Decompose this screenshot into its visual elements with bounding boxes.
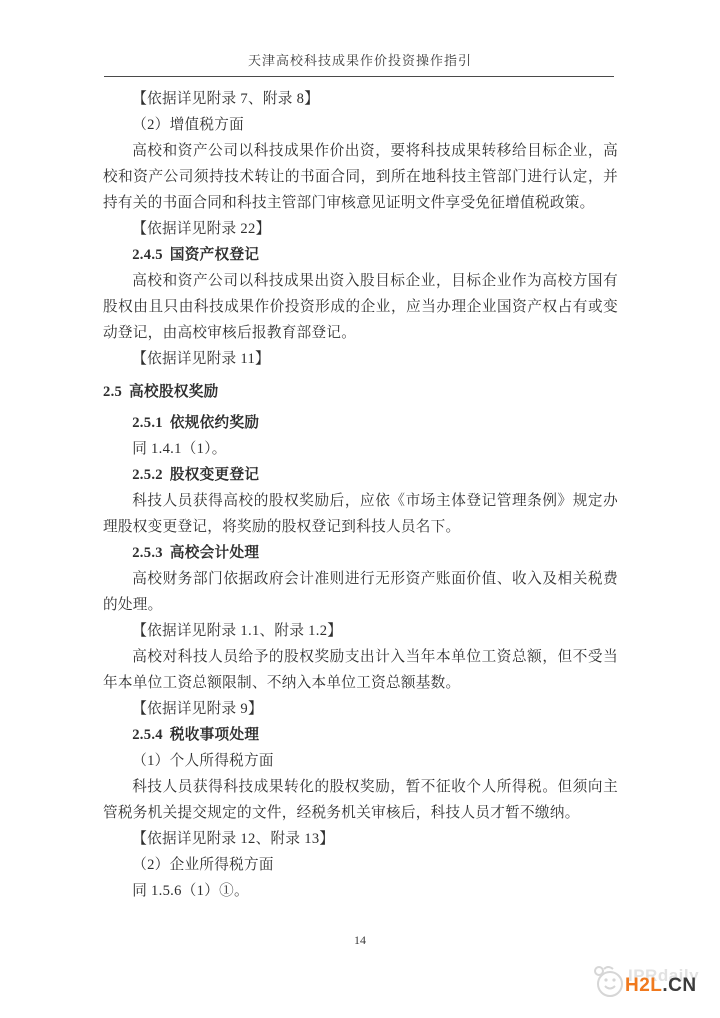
heading-label: 国资产权登记 [170, 247, 259, 263]
paragraph: 科技人员获得科技成果转化的股权奖励，暂不征收个人所得税。但须向主管税务机关提交规… [103, 774, 618, 826]
watermark-logo: IPRdaily H2L.CN [592, 958, 718, 1004]
chapter-heading: 2.5高校股权奖励 [103, 379, 618, 405]
reference-line: 【依据详见附录 1.1、附录 1.2】 [103, 618, 618, 644]
reference-line: 【依据详见附录 11】 [103, 346, 618, 372]
paragraph: 高校财务部门依据政府会计准则进行无形资产账面价值、收入及相关税费的处理。 [103, 566, 618, 618]
paragraph: 高校对科技人员给予的股权奖励支出计入当年本单位工资总额，但不受当年本单位工资总额… [103, 644, 618, 696]
section-heading: 2.5.2股权变更登记 [103, 462, 618, 488]
heading-label: 股权变更登记 [170, 467, 259, 483]
reference-line: 【依据详见附录 7、附录 8】 [103, 86, 618, 112]
reference-line: 【依据详见附录 12、附录 13】 [103, 826, 618, 852]
section-heading: 2.4.5国资产权登记 [103, 242, 618, 268]
header-rule [104, 76, 614, 77]
page-number: 14 [0, 933, 720, 948]
section-heading: 2.5.1依规依约奖励 [103, 410, 618, 436]
paragraph: 科技人员获得高校的股权奖励后，应依《市场主体登记管理条例》规定办理股权变更登记，… [103, 488, 618, 540]
heading-label: 依规依约奖励 [170, 415, 259, 431]
heading-number: 2.5.4 [132, 727, 163, 743]
heading-label: 税收事项处理 [170, 727, 259, 743]
reference-line: 【依据详见附录 22】 [103, 216, 618, 242]
document-page: 天津高校科技成果作价投资操作指引 【依据详见附录 7、附录 8】 （2）增值税方… [0, 0, 720, 1018]
heading-number: 2.5 [103, 384, 122, 400]
document-body: 【依据详见附录 7、附录 8】 （2）增值税方面 高校和资产公司以科技成果作价出… [103, 86, 618, 904]
sub-item-heading: （2）增值税方面 [103, 112, 618, 138]
sub-item-heading: （1）个人所得税方面 [103, 748, 618, 774]
sub-item-heading: （2）企业所得税方面 [103, 852, 618, 878]
section-heading: 2.5.4税收事项处理 [103, 722, 618, 748]
heading-number: 2.5.2 [132, 467, 163, 483]
heading-number: 2.5.1 [132, 415, 163, 431]
smiley-face-icon [592, 962, 626, 1005]
cross-reference-line: 同 1.4.1（1）。 [103, 436, 618, 462]
watermark-brand-text: H2L.CN [625, 975, 697, 997]
paragraph: 高校和资产公司以科技成果出资入股目标企业，目标企业作为高校方国有股权由且只由科技… [103, 268, 618, 346]
page-header-title: 天津高校科技成果作价投资操作指引 [104, 50, 616, 69]
brand-text-dark: .CN [662, 975, 696, 996]
heading-number: 2.5.3 [132, 545, 163, 561]
cross-reference-line: 同 1.5.6（1）①。 [103, 878, 618, 904]
heading-label: 高校股权奖励 [129, 384, 218, 400]
reference-line: 【依据详见附录 9】 [103, 696, 618, 722]
heading-label: 高校会计处理 [170, 545, 259, 561]
brand-text-orange: H2L [625, 975, 662, 996]
paragraph: 高校和资产公司以科技成果作价出资，要将科技成果转移给目标企业，高校和资产公司须持… [103, 138, 618, 216]
heading-number: 2.4.5 [132, 247, 163, 263]
section-heading: 2.5.3高校会计处理 [103, 540, 618, 566]
